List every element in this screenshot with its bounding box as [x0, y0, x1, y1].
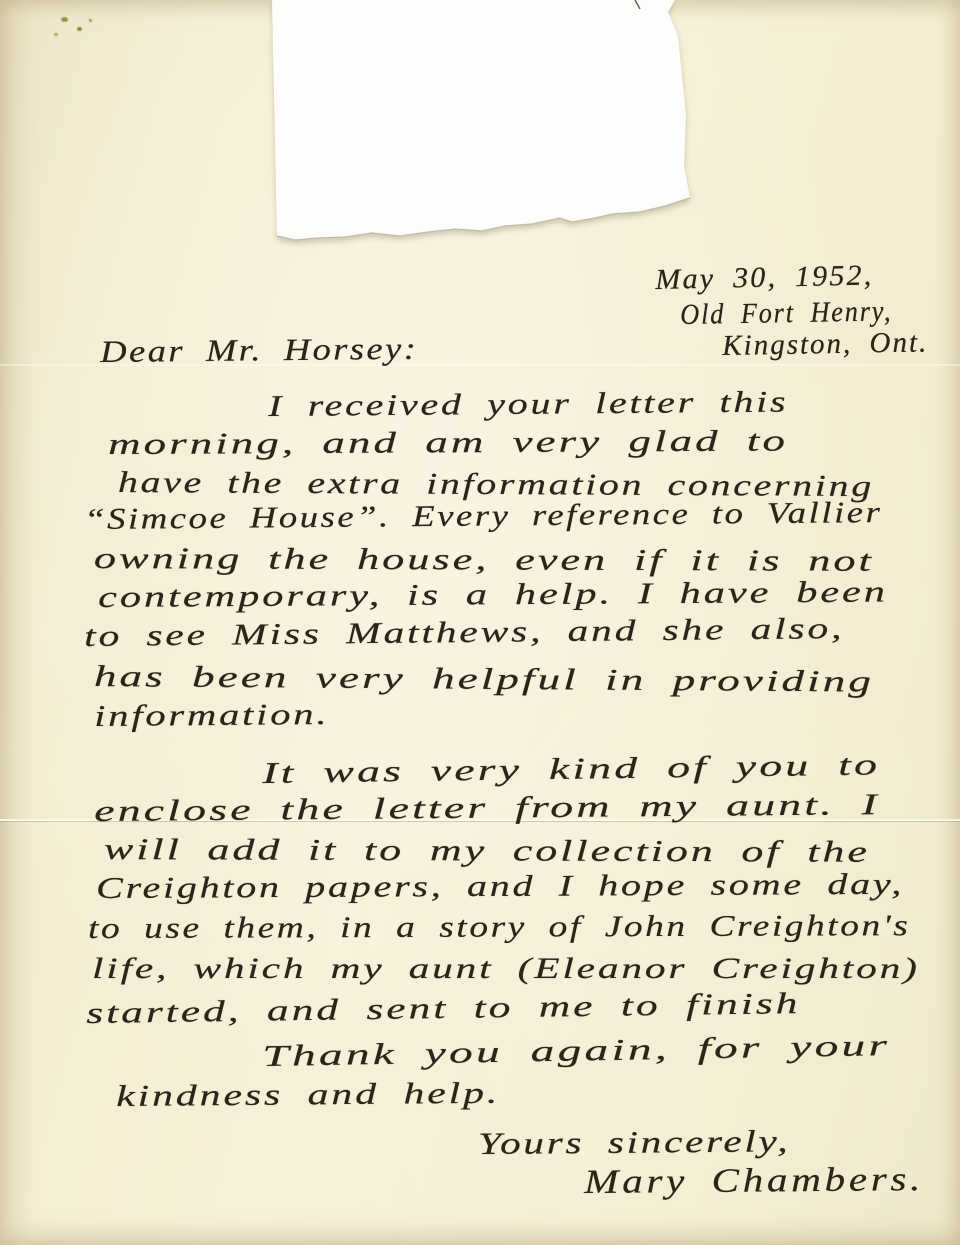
torn-paper-patch	[250, 0, 710, 250]
salutation: Dear Mr. Horsey:	[100, 331, 418, 370]
body-line: will add it to my collection of the	[104, 833, 870, 870]
torn-paper-shape	[272, 0, 690, 240]
paper-speck	[54, 33, 58, 36]
body-line: Thank you again, for your	[262, 1029, 890, 1074]
paper-speck	[89, 19, 92, 22]
body-line: Creighton papers, and I hope some day,	[96, 868, 904, 906]
body-line: to use them, in a story of John Creighto…	[88, 909, 910, 946]
paper-speck	[77, 27, 82, 31]
body-line: to see Miss Matthews, and she also,	[84, 612, 844, 654]
body-line: life, which my aunt (Eleanor Creighton)	[92, 952, 920, 986]
closing: Yours sincerely,	[478, 1123, 790, 1162]
body-line: I received your letter this	[268, 385, 788, 424]
dateline-date: May 30, 1952,	[655, 259, 874, 297]
body-line: has been very helpful in providing	[94, 660, 874, 699]
dateline-place: Old Fort Henry,	[680, 295, 892, 332]
body-line: enclose the letter from my aunt. I	[94, 788, 880, 829]
letter-page: May 30, 1952, Old Fort Henry, Kingston, …	[0, 0, 960, 1245]
body-line: started, and sent to me to finish	[86, 987, 801, 1031]
paper-speck	[61, 17, 68, 22]
body-line: morning, and am very glad to	[108, 424, 788, 462]
body-line: kindness and help.	[116, 1077, 500, 1114]
dateline-city: Kingston, Ont.	[722, 326, 929, 363]
body-line: It was very kind of you to	[262, 748, 880, 791]
body-line: owning the house, even if it is not	[94, 542, 874, 579]
body-line: information.	[94, 698, 329, 734]
body-line: “Simcoe House”. Every reference to Valli…	[84, 496, 882, 537]
body-line: contemporary, is a help. I have been	[98, 575, 888, 615]
signature: Mary Chambers.	[584, 1161, 924, 1202]
